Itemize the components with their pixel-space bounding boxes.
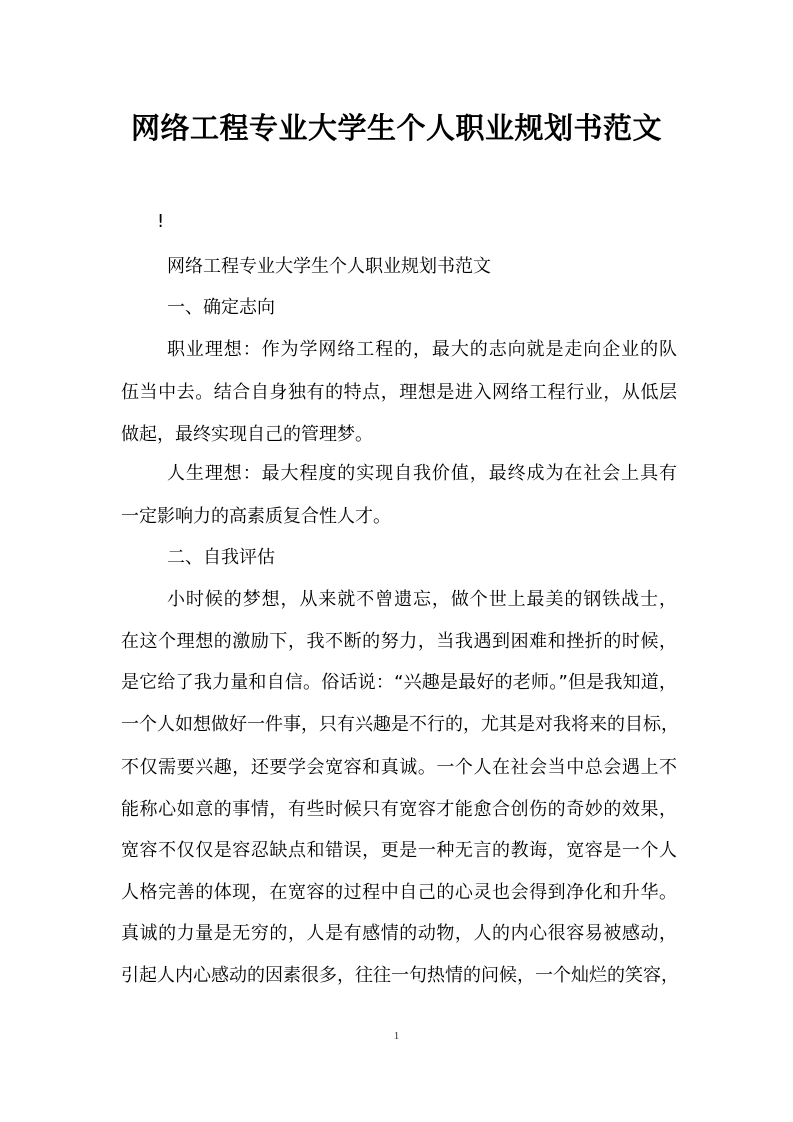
stray-mark: ! [157, 210, 164, 234]
text-line: 引起人内心感动的因素很多，往往一句热情的问候，一个灿烂的笑容， [121, 964, 677, 988]
document-title: 网络工程专业大学生个人职业规划书范文 [0, 108, 793, 148]
text-line: 一定影响力的高素质复合性人才。 [121, 505, 677, 529]
text-line: 人格完善的体现，在宽容的过程中自己的心灵也会得到净化和升华。 [121, 881, 677, 905]
text-line: 真诚的力量是无穷的，人是有感情的动物，人的内心很容易被感动， [121, 922, 677, 946]
text-line: 小时候的梦想，从来就不曾遗忘，做个世上最美的钢铁战士， [167, 588, 677, 612]
text-line: 伍当中去。结合自身独有的特点，理想是进入网络工程行业，从低层 [121, 381, 677, 405]
text-line: 一、确定志向 [167, 296, 677, 320]
page-number: 1 [0, 1030, 793, 1042]
text-line: 在这个理想的激励下，我不断的努力，当我遇到困难和挫折的时候， [121, 630, 677, 654]
text-line: 职业理想：作为学网络工程的，最大的志向就是走向企业的队 [167, 338, 677, 362]
text-line: 做起，最终实现自己的管理梦。 [121, 423, 677, 447]
text-line: 不仅需要兴趣，还要学会宽容和真诚。一个人在社会当中总会遇上不 [121, 756, 677, 780]
text-line: 二、自我评估 [167, 546, 677, 570]
text-line: 人生理想：最大程度的实现自我价值，最终成为在社会上具有 [167, 462, 677, 486]
text-line: 是它给了我力量和自信。俗话说：“兴趣是最好的老师。”但是我知道， [121, 671, 677, 695]
text-line: 宽容不仅仅是容忍缺点和错误，更是一种无言的教诲，宽容是一个人 [121, 839, 677, 863]
text-line: 网络工程专业大学生个人职业规划书范文 [167, 255, 677, 279]
text-line: 一个人如想做好一件事，只有兴趣是不行的，尤其是对我将来的目标， [121, 713, 677, 737]
text-line: 能称心如意的事情，有些时候只有宽容才能愈合创伤的奇妙的效果， [121, 798, 677, 822]
